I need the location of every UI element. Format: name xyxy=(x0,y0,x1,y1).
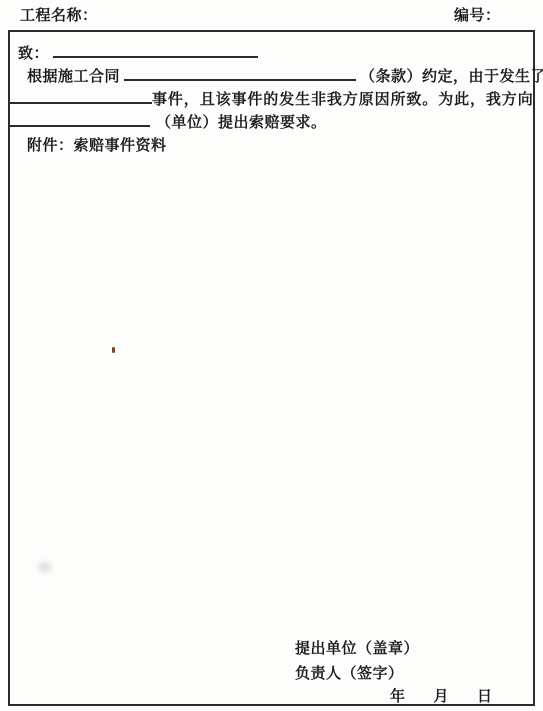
day-label: 日 xyxy=(477,685,493,706)
project-name-label: 工程名称： xyxy=(20,4,98,25)
claim-target-unit-blank-field xyxy=(10,112,150,127)
attachment-label: 附件：索赔事件资料 xyxy=(27,134,167,155)
to-line: 致： xyxy=(18,42,258,63)
form-number-label: 编号： xyxy=(454,4,501,25)
to-blank-field xyxy=(53,43,258,58)
scan-smudge-artifact xyxy=(38,562,52,572)
date-line: 年月日 xyxy=(390,685,493,706)
to-label: 致： xyxy=(18,46,49,62)
contract-clause-blank-field xyxy=(124,66,356,81)
year-label: 年 xyxy=(390,685,406,706)
month-label: 月 xyxy=(434,685,450,706)
ink-speck-artifact xyxy=(112,347,115,353)
event-name-blank-field xyxy=(10,89,152,104)
contract-prefix-label: 根据施工合同 xyxy=(27,69,120,85)
responsible-person-signature-label: 负责人（签字） xyxy=(295,662,404,683)
event-line: 事件，且该事件的发生非我方原因所致。为此，我方向 xyxy=(10,88,534,109)
event-suffix-label: 事件，且该事件的发生非我方原因所致。为此，我方向 xyxy=(152,92,534,108)
issuing-unit-seal-label: 提出单位（盖章） xyxy=(295,637,419,658)
claim-notice-form-page: 工程名称： 编号： 致： 根据施工合同（条款）约定，由于发生了 事件，且该事件的… xyxy=(0,0,543,711)
clause-suffix-label: （条款）约定，由于发生了 xyxy=(360,69,543,85)
contract-line: 根据施工合同（条款）约定，由于发生了 xyxy=(27,65,543,86)
claim-target-line: （单位）提出索赔要求。 xyxy=(10,111,327,132)
unit-suffix-label: （单位）提出索赔要求。 xyxy=(156,115,327,131)
